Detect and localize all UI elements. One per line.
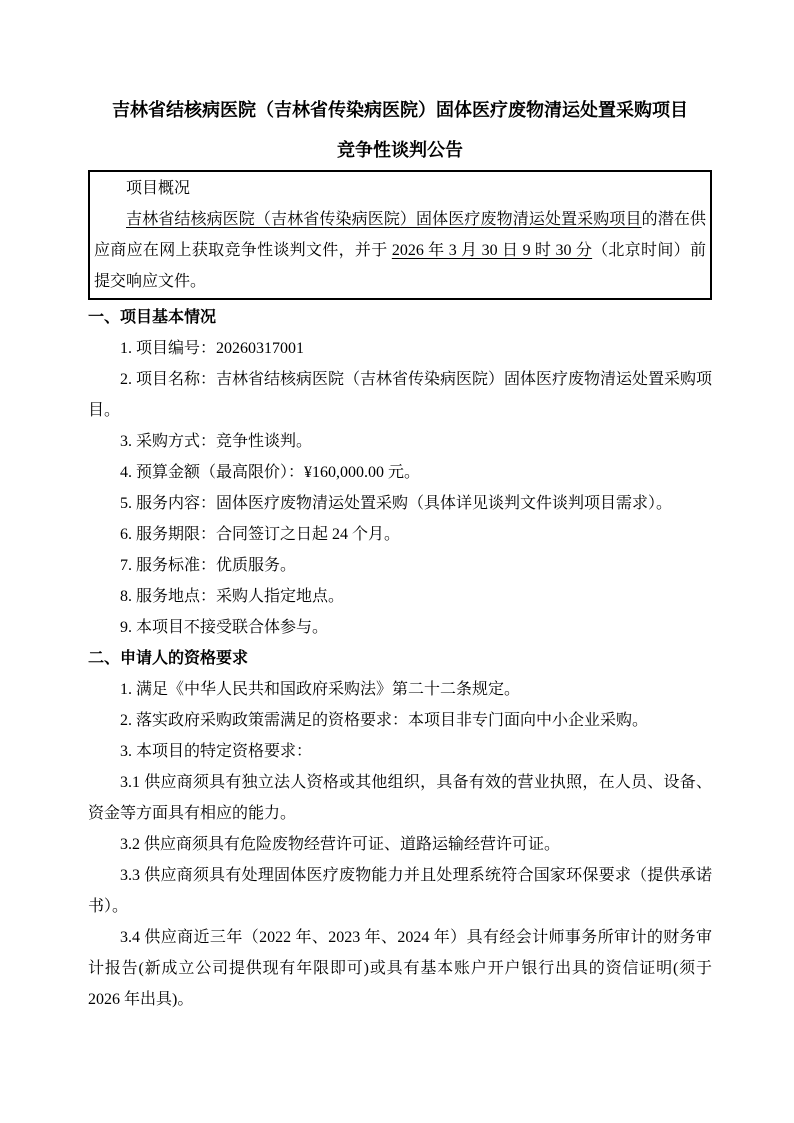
- list-item-requirement-3-1: 3.1 供应商须具有独立法人资格或其他组织，具备有效的营业执照，在人员、设备、资…: [88, 767, 712, 829]
- list-item-service-content: 5. 服务内容：固体医疗废物清运处置采购（具体详见谈判文件谈判项目需求）。: [88, 488, 712, 519]
- section1-heading: 一、项目基本情况: [88, 302, 712, 333]
- document-title-line2: 竞争性谈判公告: [88, 130, 712, 170]
- list-item-law-requirement: 1. 满足《中华人民共和国政府采购法》第二十二条规定。: [88, 674, 712, 705]
- list-item-specific-requirements: 3. 本项目的特定资格要求：: [88, 736, 712, 767]
- document-page: 吉林省结核病医院（吉林省传染病医院）固体医疗废物清运处置采购项目 竞争性谈判公告…: [0, 0, 794, 1123]
- overview-deadline: 2026 年 3 月 30 日 9 时 30 分: [392, 242, 592, 259]
- list-item-requirement-3-3: 3.3 供应商须具有处理固体医疗废物能力并且处理系统符合国家环保要求（提供承诺书…: [88, 860, 712, 922]
- list-item-procurement-method: 3. 采购方式：竞争性谈判。: [88, 426, 712, 457]
- list-item-service-period: 6. 服务期限：合同签订之日起 24 个月。: [88, 519, 712, 550]
- section2-heading: 二、申请人的资格要求: [88, 643, 712, 674]
- document-title-line1: 吉林省结核病医院（吉林省传染病医院）固体医疗废物清运处置采购项目: [88, 90, 712, 130]
- document-content: 吉林省结核病医院（吉林省传染病医院）固体医疗废物清运处置采购项目 竞争性谈判公告…: [88, 90, 712, 1015]
- overview-heading: 项目概况: [94, 173, 706, 204]
- list-item-project-number: 1. 项目编号：20260317001: [88, 333, 712, 364]
- list-item-no-consortium: 9. 本项目不接受联合体参与。: [88, 612, 712, 643]
- list-item-requirement-3-2: 3.2 供应商须具有危险废物经营许可证、道路运输经营许可证。: [88, 829, 712, 860]
- list-item-project-name: 2. 项目名称：吉林省结核病医院（吉林省传染病医院）固体医疗废物清运处置采购项目…: [88, 364, 712, 426]
- list-item-requirement-3-4: 3.4 供应商近三年（2022 年、2023 年、2024 年）具有经会计师事务…: [88, 922, 712, 1015]
- list-item-policy-requirement: 2. 落实政府采购政策需满足的资格要求：本项目非专门面向中小企业采购。: [88, 705, 712, 736]
- list-item-service-standard: 7. 服务标准：优质服务。: [88, 550, 712, 581]
- overview-project-name: 吉林省结核病医院（吉林省传染病医院）固体医疗废物清运处置采购项目: [126, 211, 642, 228]
- list-item-budget: 4. 预算金额（最高限价）：¥160,000.00 元。: [88, 457, 712, 488]
- project-overview-box: 项目概况 吉林省结核病医院（吉林省传染病医院）固体医疗废物清运处置采购项目的潜在…: [88, 170, 712, 300]
- overview-paragraph: 吉林省结核病医院（吉林省传染病医院）固体医疗废物清运处置采购项目的潜在供应商应在…: [94, 204, 706, 297]
- list-item-service-location: 8. 服务地点：采购人指定地点。: [88, 581, 712, 612]
